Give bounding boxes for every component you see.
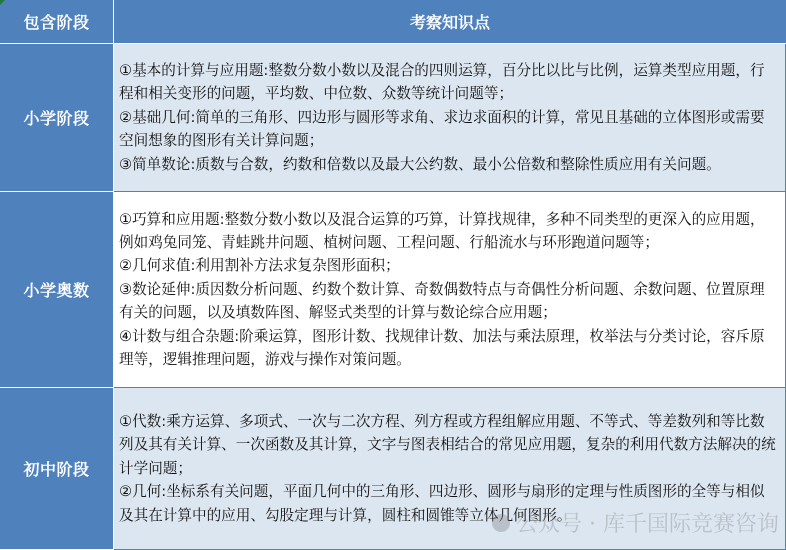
header-content-label: 考察知识点 xyxy=(410,10,490,33)
stage-cell-primary: 小学阶段 xyxy=(0,44,114,192)
stage-cell-middle-school: 初中阶段 xyxy=(0,388,114,550)
cell-corner-marker xyxy=(0,0,5,5)
header-stage-cell: 包含阶段 xyxy=(0,0,114,44)
knowledge-item: ②几何求值:利用割补方法求复杂图形面积； xyxy=(119,254,779,277)
knowledge-item: ③简单数论:质数与合数，约数和倍数以及最大公约数、最小公倍数和整除性质应用有关问… xyxy=(119,153,779,176)
header-stage-label: 包含阶段 xyxy=(23,10,89,33)
knowledge-item: ③数论延伸:质因数分析问题、约数个数计算、奇数偶数特点与奇偶性分析问题、余数问题… xyxy=(119,278,779,325)
stage-label: 小学奥数 xyxy=(23,278,89,301)
knowledge-item: ②基础几何:简单的三角形、四边形与圆形等求角、求边求面积的计算，常见且基础的立体… xyxy=(119,106,779,153)
stage-label: 小学阶段 xyxy=(23,106,89,129)
content-cell-primary: ①基本的计算与应用题:整数分数小数以及混合的四则运算，百分比以比与比例，运算类型… xyxy=(114,44,786,192)
knowledge-item: ①巧算和应用题:整数分数小数以及混合运算的巧算，计算找规律，多种不同类型的更深入… xyxy=(119,208,779,255)
knowledge-points-table: 包含阶段 考察知识点 小学阶段 ①基本的计算与应用题:整数分数小数以及混合的四则… xyxy=(0,0,786,550)
content-cell-middle-school: ①代数:乘方运算、多项式、一次与二次方程、列方程或方程组解应用题、不等式、等差数… xyxy=(114,388,786,550)
stage-label: 初中阶段 xyxy=(23,457,89,480)
stage-cell-olympiad: 小学奥数 xyxy=(0,192,114,388)
knowledge-item: ①基本的计算与应用题:整数分数小数以及混合的四则运算，百分比以比与比例，运算类型… xyxy=(119,59,779,106)
content-cell-olympiad: ①巧算和应用题:整数分数小数以及混合运算的巧算，计算找规律，多种不同类型的更深入… xyxy=(114,192,786,388)
knowledge-item: ①代数:乘方运算、多项式、一次与二次方程、列方程或方程组解应用题、不等式、等差数… xyxy=(119,410,779,480)
knowledge-item: ②几何:坐标系有关问题，平面几何中的三角形、四边形、圆形与扇形的定理与性质图形的… xyxy=(119,480,779,527)
knowledge-item: ④计数与组合杂题:阶乘运算，图形计数、找规律计数、加法与乘法原理，枚举法与分类讨… xyxy=(119,325,779,372)
header-content-cell: 考察知识点 xyxy=(114,0,786,44)
